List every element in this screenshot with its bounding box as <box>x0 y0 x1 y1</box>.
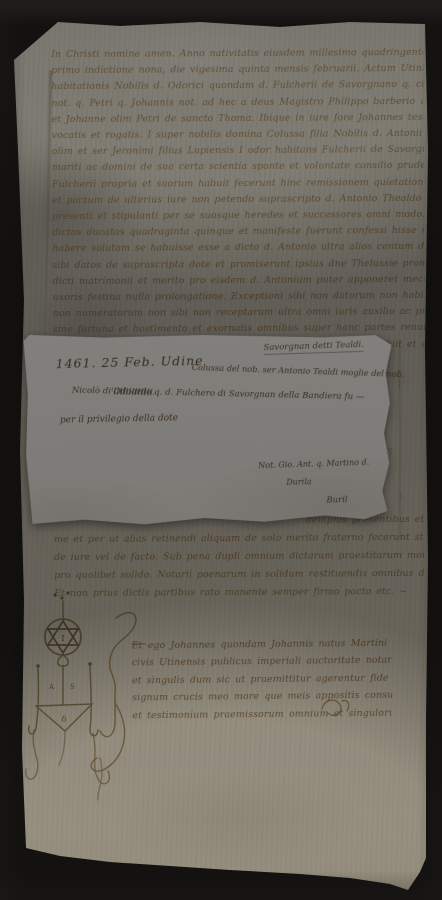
manuscript-upper-block: In Christi nomine amen. Anno nativitatis… <box>51 45 425 347</box>
notarial-sign-icon: I A S δ <box>20 578 240 803</box>
mark-side-letter: A <box>48 683 55 691</box>
paraph-icon <box>318 693 354 719</box>
flourished-initial <box>91 613 146 800</box>
margin-mark: | <box>398 380 401 390</box>
archivist-slip: Savorgnan detti Tealdi. 1461. 25 Feb. Ud… <box>23 333 392 527</box>
slip-struck-word: Odoardo <box>114 387 152 398</box>
slip-notary-line: Durila <box>286 477 311 487</box>
mark-base-letter: δ <box>62 715 67 724</box>
mark-center-letter: I <box>61 634 64 643</box>
slip-line2-pre: Nicolò di <box>72 386 114 397</box>
manuscript-line: me et per ut alias retinendi aliquam de … <box>54 529 424 549</box>
photograph-stage: In Christi nomine amen. Anno nativitatis… <box>0 0 442 900</box>
slip-notary-line: Buril <box>326 495 347 505</box>
mark-side-letter: S <box>70 683 75 691</box>
margin-mark: | <box>399 492 402 502</box>
manuscript-line: de iure vel de facto. Sub pena dupli omn… <box>54 547 424 567</box>
